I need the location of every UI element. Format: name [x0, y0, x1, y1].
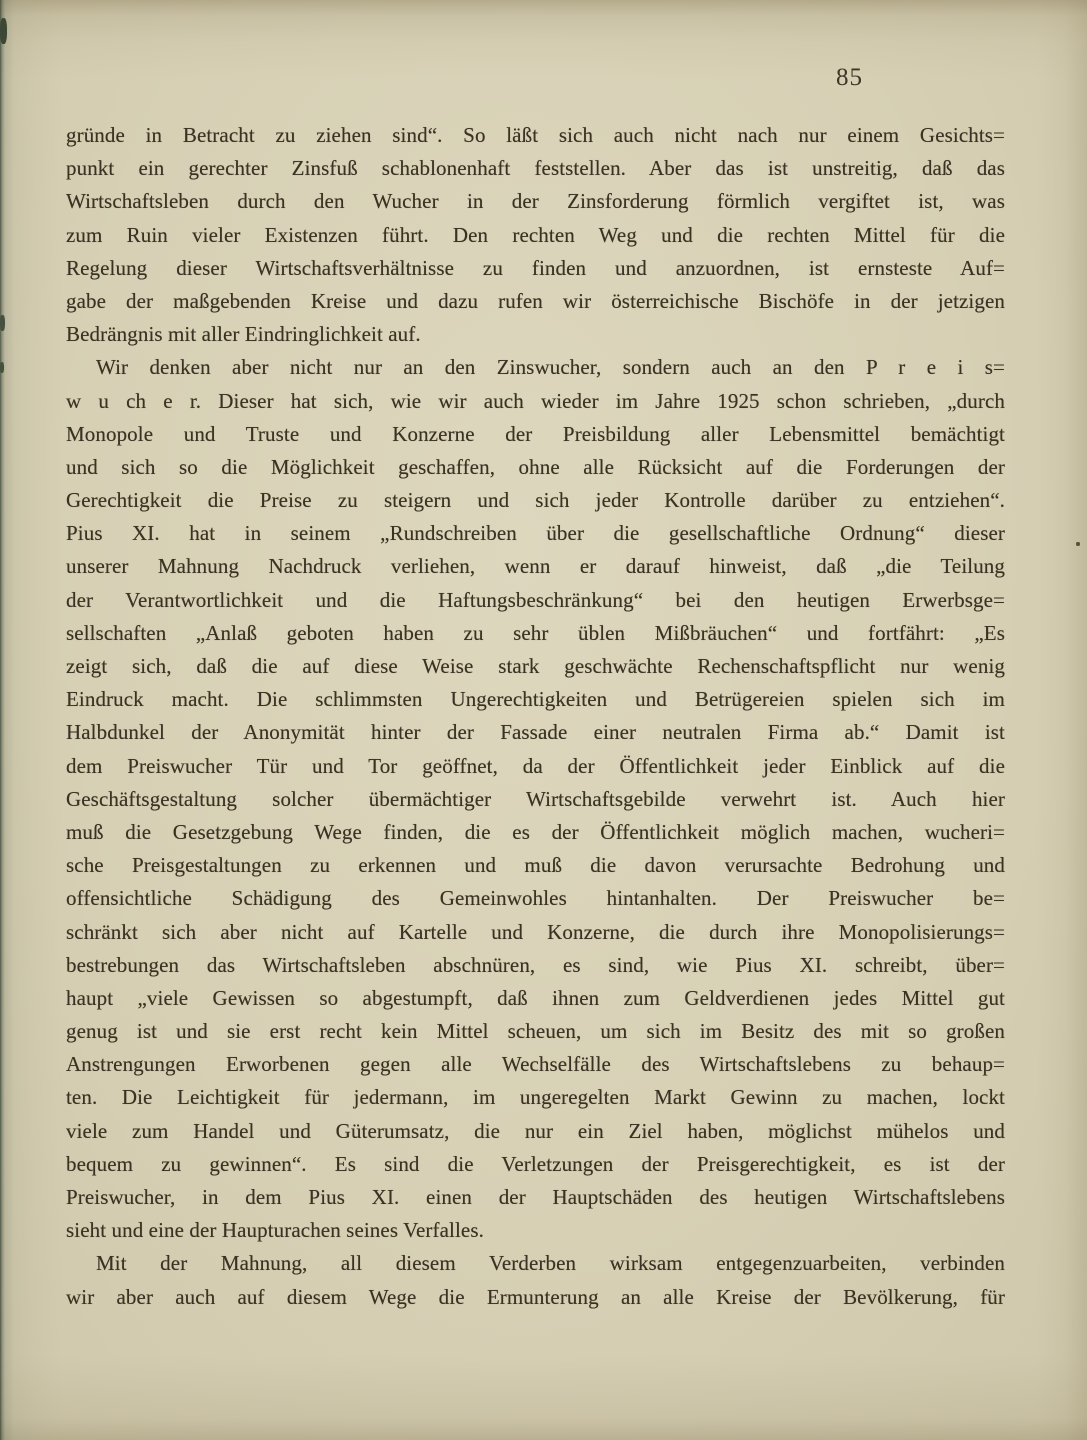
text-line: bestrebungen das Wirtschaftsleben abschn… — [66, 949, 1005, 982]
scan-speck — [0, 315, 5, 331]
text-line: schränkt sich aber nicht auf Kartelle un… — [66, 916, 1005, 949]
text-line: ten. Die Leichtigkeit für jedermann, im … — [66, 1081, 1005, 1114]
page-number: 85 — [836, 64, 863, 92]
text-line: Bedrängnis mit aller Eindringlichkeit au… — [66, 318, 1005, 351]
text-line: unserer Mahnung Nachdruck verliehen, wen… — [66, 550, 1005, 583]
text-line: gabe der maßgebenden Kreise und dazu ruf… — [66, 285, 1005, 318]
book-page: 85 gründe in Betracht zu ziehen sind“. S… — [0, 0, 1087, 1440]
text-line: und sich so die Möglichkeit geschaffen, … — [66, 451, 1005, 484]
text-line: muß die Gesetzgebung Wege finden, die es… — [66, 816, 1005, 849]
text-line: Anstrengungen Erworbenen gegen alle Wech… — [66, 1048, 1005, 1081]
text-line: Preiswucher, in dem Pius XI. einen der H… — [66, 1181, 1005, 1214]
text-line: haupt „viele Gewissen so abgestumpft, da… — [66, 982, 1005, 1015]
scan-speck — [1076, 542, 1080, 546]
text-line: Wir denken aber nicht nur an den Zinswuc… — [66, 351, 1005, 384]
text-line: dem Preiswucher Tür und Tor geöffnet, da… — [66, 750, 1005, 783]
text-line: Regelung dieser Wirtschaftsverhältnisse … — [66, 252, 1005, 285]
text-line: zeigt sich, daß die auf diese Weise star… — [66, 650, 1005, 683]
scan-speck — [0, 18, 7, 44]
text-line: sche Preisgestaltungen zu erkennen und m… — [66, 849, 1005, 882]
text-line: Wirtschaftsleben durch den Wucher in der… — [66, 185, 1005, 218]
text-line: genug ist und sie erst recht kein Mittel… — [66, 1015, 1005, 1048]
page-text-block: gründe in Betracht zu ziehen sind“. So l… — [66, 119, 1005, 1314]
text-line: Geschäftsgestaltung solcher übermächtige… — [66, 783, 1005, 816]
text-line: Gerechtigkeit die Preise zu steigern und… — [66, 484, 1005, 517]
text-line: Halbdunkel der Anonymität hinter der Fas… — [66, 716, 1005, 749]
text-line: bequem zu gewinnen“. Es sind die Verletz… — [66, 1148, 1005, 1181]
text-line: Mit der Mahnung, all diesem Verderben wi… — [66, 1247, 1005, 1280]
text-line: sellschaften „Anlaß geboten haben zu seh… — [66, 617, 1005, 650]
text-line: w u ch e r. Dieser hat sich, wie wir auc… — [66, 385, 1005, 418]
text-line: sieht und eine der Haupturachen seines V… — [66, 1214, 1005, 1247]
text-line: zum Ruin vieler Existenzen führt. Den re… — [66, 219, 1005, 252]
text-line: viele zum Handel und Güterumsatz, die nu… — [66, 1115, 1005, 1148]
text-line: gründe in Betracht zu ziehen sind“. So l… — [66, 119, 1005, 152]
text-line: punkt ein gerechter Zinsfuß schablonenha… — [66, 152, 1005, 185]
text-line: Pius XI. hat in seinem „Rundschreiben üb… — [66, 517, 1005, 550]
text-line: Eindruck macht. Die schlimmsten Ungerech… — [66, 683, 1005, 716]
scan-speck — [0, 362, 4, 373]
text-line: offensichtliche Schädigung des Gemeinwoh… — [66, 882, 1005, 915]
text-line: der Verantwortlichkeit und die Haftungsb… — [66, 584, 1005, 617]
scan-speck — [338, 301, 341, 304]
text-line: Monopole und Truste und Konzerne der Pre… — [66, 418, 1005, 451]
text-line: wir aber auch auf diesem Wege die Ermunt… — [66, 1281, 1005, 1314]
